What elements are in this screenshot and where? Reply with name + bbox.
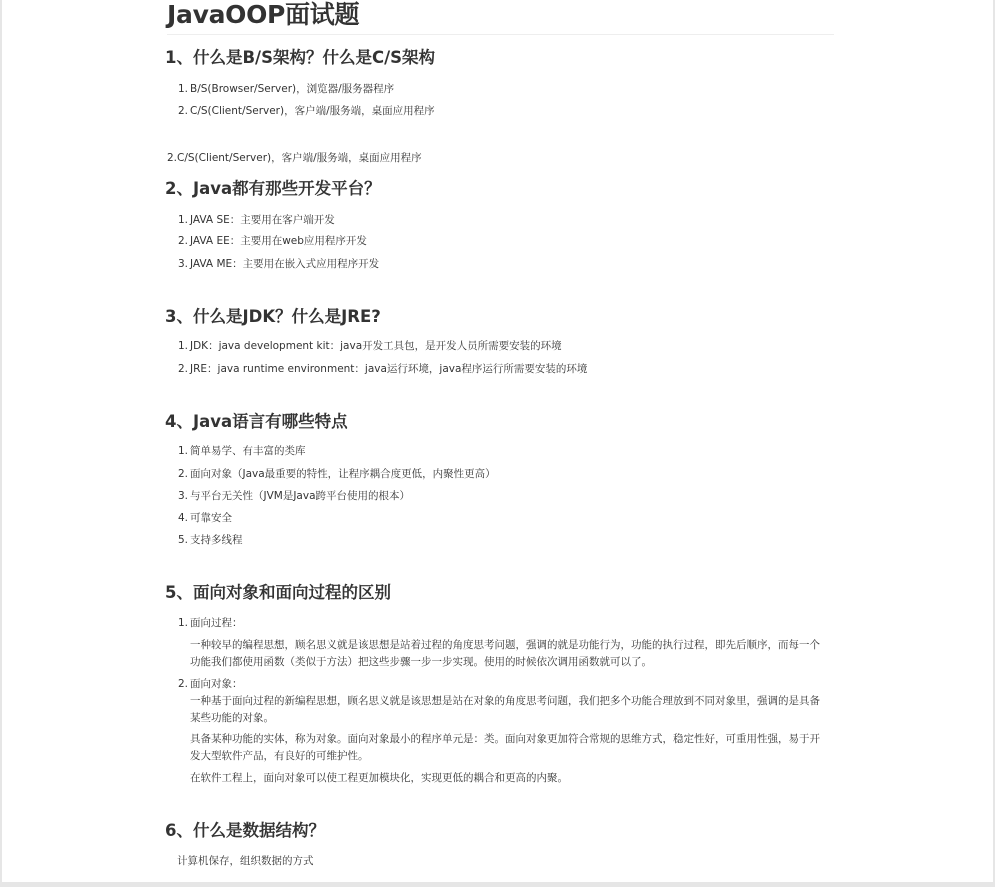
section-heading-6: 6、什么是数据结构？	[165, 820, 834, 842]
paragraph: 具备某种功能的实体，称为对象。面向对象最小的程序单元是：类。面向对象更加符合常规…	[190, 731, 830, 764]
list-item: 3.与平台无关性（JVM是Java跨平台使用的根本）	[165, 489, 410, 503]
list-item: 2. 面向对象：	[165, 677, 834, 691]
list-item: 1.B/S(Browser/Server)，浏览器/服务器程序	[165, 82, 394, 96]
list-item: 4.可靠安全	[165, 511, 232, 525]
paragraph: 计算机保存，组织数据的方式	[177, 853, 846, 870]
document-page: JavaOOP面试题 1、什么是B/S架构？什么是C/S架构 1.B/S(Bro…	[2, 0, 993, 882]
list-item: 1.JDK：java development kit：java开发工具包，是开发…	[165, 339, 562, 353]
paragraph: 一种基于面向过程的新编程思想，顾名思义就是该思想是站在对象的角度思考问题，我们把…	[190, 693, 830, 726]
section-heading-3: 3、什么是JDK？什么是JRE?	[165, 306, 834, 328]
section-heading-4: 4、Java语言有哪些特点	[165, 411, 834, 433]
list-item: 2.JRE：java runtime environment：java运行环境，…	[165, 362, 587, 376]
list-item: 5.支持多线程	[165, 533, 243, 547]
paragraph: 在软件工程上，面向对象可以使工程更加模块化，实现更低的耦合和更高的内聚。	[190, 770, 830, 787]
list-item: 2.JAVA EE：主要用在web应用程序开发	[165, 234, 367, 248]
list-item: 2.面向对象（Java最重要的特性，让程序耦合度更低，内聚性更高）	[165, 467, 496, 481]
section-heading-2: 2、Java都有那些开发平台？	[165, 178, 834, 200]
section-heading-5: 5、面向对象和面向过程的区别	[165, 582, 834, 604]
page-title: JavaOOP面试题	[167, 0, 834, 35]
section-heading-1: 1、什么是B/S架构？什么是C/S架构	[165, 47, 834, 69]
list-item: 1.JAVA SE：主要用在客户端开发	[165, 213, 335, 227]
paragraph: 一种较早的编程思想，顾名思义就是该思想是站着过程的角度思考问题，强调的就是功能行…	[190, 637, 830, 670]
list-item: 2.C/S(Client/Server)，客户端/服务端，桌面应用程序	[165, 104, 435, 118]
list-item: 3.JAVA ME：主要用在嵌入式应用程序开发	[165, 257, 379, 271]
paragraph: 2.C/S(Client/Server)，客户端/服务端，桌面应用程序	[167, 150, 836, 167]
list-item: 1. 面向过程：	[165, 616, 834, 630]
list-item: 1.简单易学、有丰富的类库	[165, 444, 306, 458]
